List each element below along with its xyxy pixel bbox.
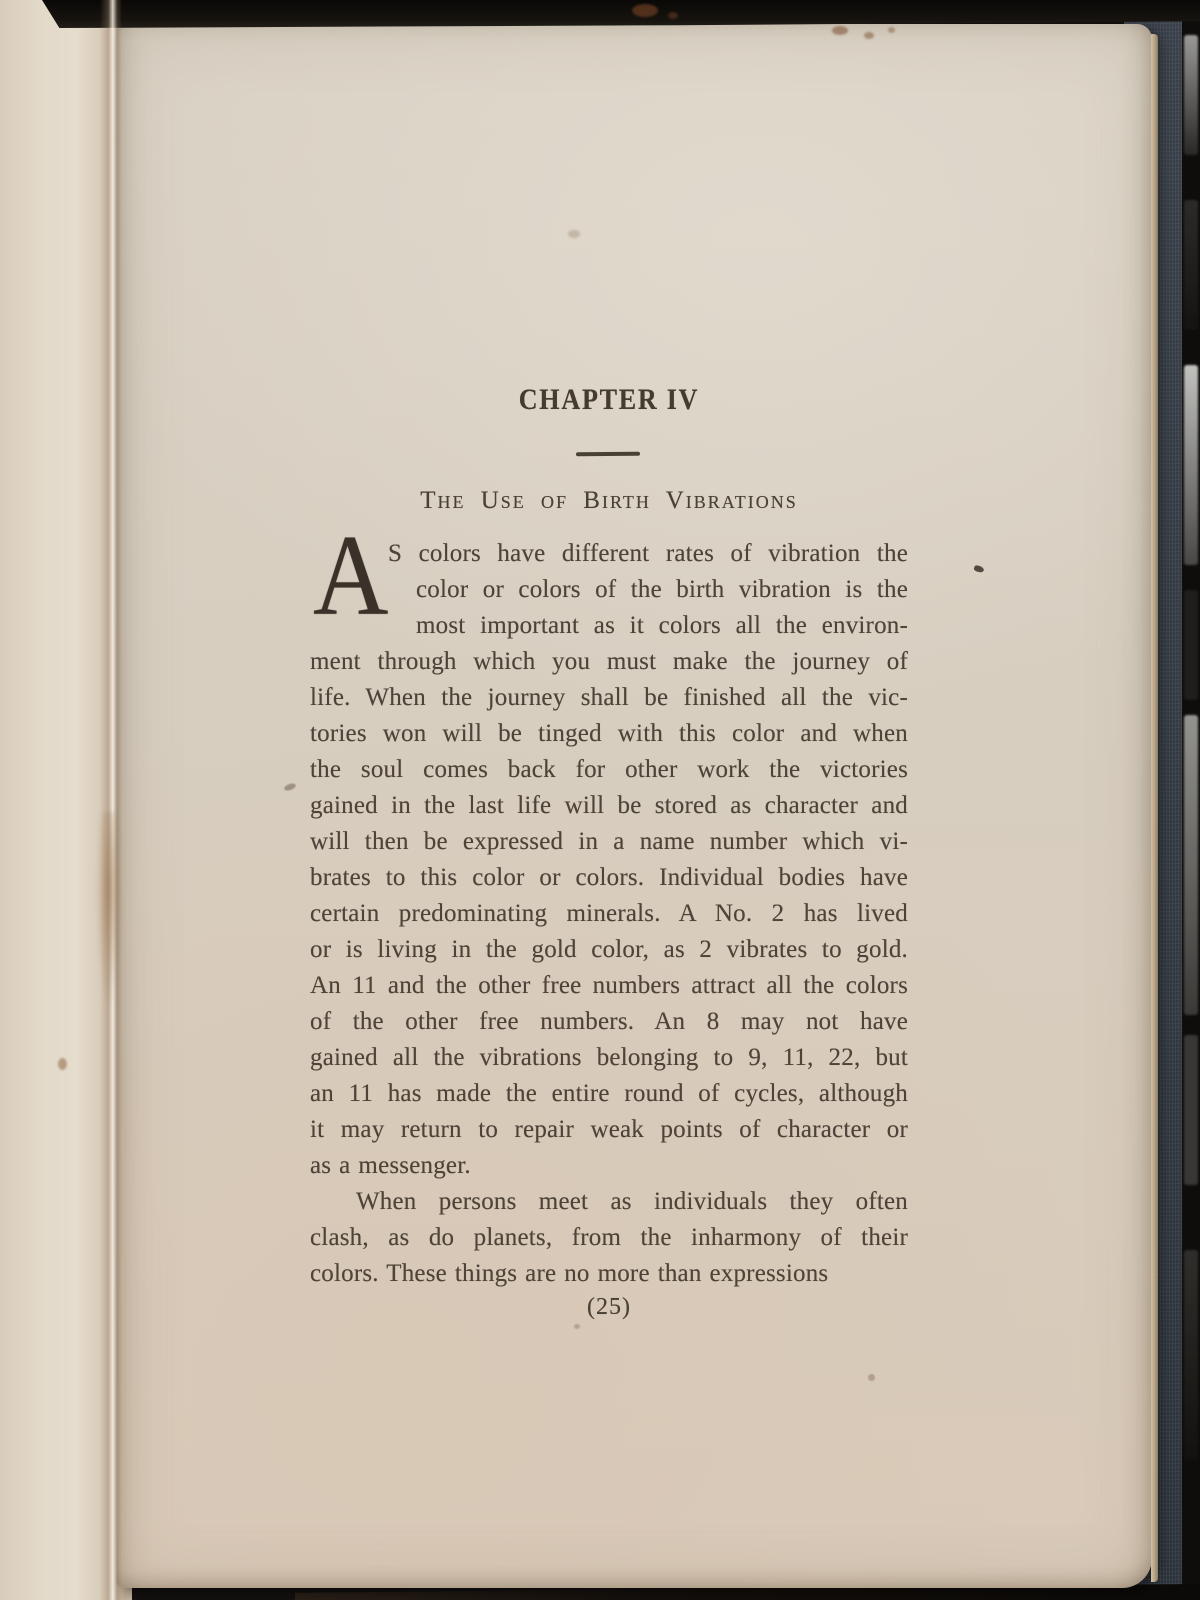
body-line: S colors have different rates of vibrati… — [310, 536, 908, 572]
body-line: ment through which you must make the jou… — [310, 644, 908, 680]
body-line: most important as it colors all the envi… — [310, 608, 908, 644]
stain — [868, 1374, 875, 1381]
body-line: An 11 and the other free numbers attract… — [310, 968, 908, 1004]
light-streak — [1184, 1250, 1198, 1460]
body-line: it may return to repair weak points of c… — [310, 1112, 908, 1148]
body-line: colors. These things are no more than ex… — [310, 1256, 908, 1292]
body-line: When persons meet as individuals they of… — [310, 1184, 908, 1220]
light-streak — [1184, 200, 1198, 330]
stain — [97, 812, 121, 1007]
stain — [58, 1058, 67, 1070]
body-line: clash, as do planets, from the inharmony… — [310, 1220, 908, 1256]
light-streak — [1184, 35, 1198, 155]
stain — [632, 4, 658, 17]
stain — [574, 1324, 580, 1329]
body-paragraph: S colors have different rates of vibrati… — [310, 536, 908, 1184]
body-line: life. When the journey shall be finished… — [310, 680, 908, 716]
body-line: will then be expressed in a name number … — [310, 824, 908, 860]
book-page: CHAPTER IV The Use of Birth Vibrations A… — [116, 24, 1152, 1588]
body-line: color or colors of the birth vibration i… — [310, 572, 908, 608]
stain — [973, 565, 984, 574]
previous-page-edge — [0, 0, 132, 1600]
body-line: gained all the vibrations belonging to 9… — [310, 1040, 908, 1076]
book-photo: CHAPTER IV The Use of Birth Vibrations A… — [0, 0, 1200, 1600]
body-line: tories won will be tinged with this colo… — [310, 716, 908, 752]
light-streak — [1184, 365, 1198, 565]
light-streak — [1184, 590, 1198, 700]
stain — [832, 26, 848, 35]
stain — [864, 32, 874, 39]
dark-background-right — [1182, 0, 1200, 1600]
heading-divider-rule — [576, 452, 640, 456]
stain — [888, 27, 895, 33]
body-line: certain predominating minerals. A No. 2 … — [310, 896, 908, 932]
body-line: an 11 has made the entire round of cycle… — [310, 1076, 908, 1112]
body-line: gained in the last life will be stored a… — [310, 788, 908, 824]
stain — [668, 12, 678, 19]
stain — [568, 230, 580, 238]
body-paragraph: When persons meet as individuals they of… — [310, 1184, 908, 1292]
chapter-heading: CHAPTER IV — [349, 382, 869, 418]
body-line: of the other free numbers. An 8 may not … — [310, 1004, 908, 1040]
page-number: (25) — [310, 1291, 908, 1323]
light-streak — [1184, 1035, 1198, 1185]
stain — [283, 782, 296, 792]
body-line: the soul comes back for other work the v… — [310, 752, 908, 788]
light-streak — [1184, 715, 1198, 1015]
body-line: brates to this color or colors. Individu… — [310, 860, 908, 896]
body-line: as a messenger. — [310, 1148, 908, 1184]
body-line: or is living in the gold color, as 2 vib… — [310, 932, 908, 968]
